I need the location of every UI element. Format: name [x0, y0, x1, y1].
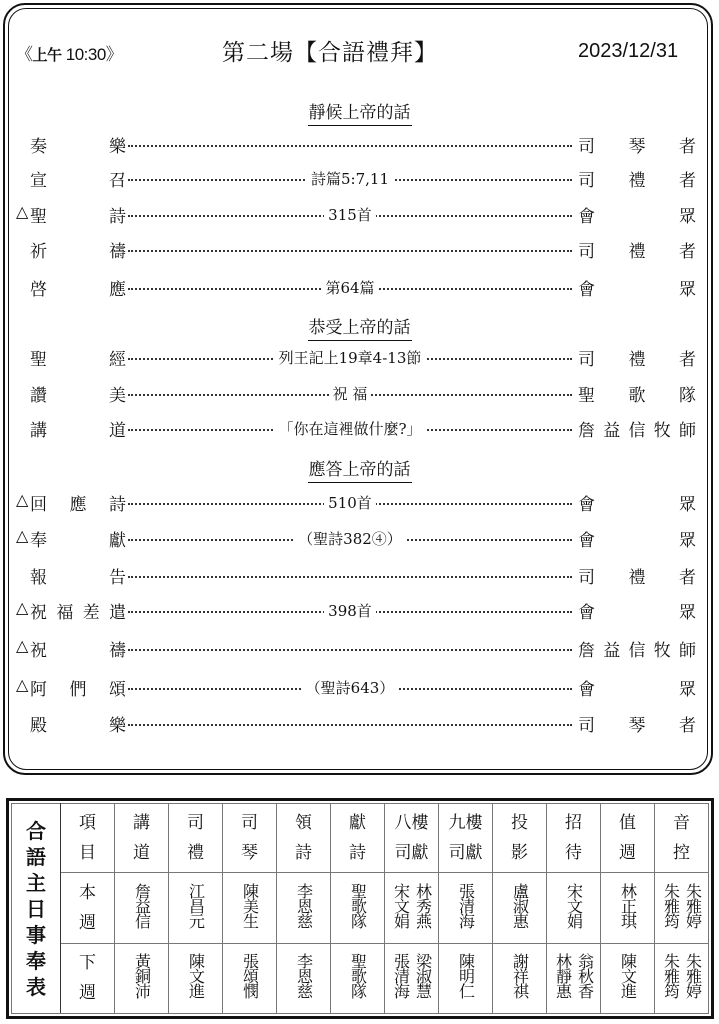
- program-item-role: 會眾: [578, 490, 696, 515]
- duty-assignee-cell: 陳美生: [223, 873, 277, 943]
- program-item-detail: 315首: [324, 204, 376, 225]
- dot-leader: [128, 711, 572, 733]
- dot-leader: （聖詩643）: [128, 675, 572, 697]
- column-header: 投影: [493, 804, 547, 873]
- assignee-name: 翁秋香: [576, 953, 594, 998]
- assignee-name: 張清海: [457, 883, 475, 928]
- assignee-name: 李恩慈: [295, 883, 313, 928]
- program-item-name: 殿樂: [30, 711, 126, 736]
- section-heading: 靜候上帝的話: [0, 98, 719, 123]
- duty-assignee-cell: 李恩慈: [277, 873, 331, 943]
- program-item-detail: 「你在這裡做什麼?」: [274, 418, 425, 439]
- duty-assignee-cell: 李恩慈: [277, 943, 331, 1013]
- duty-assignee-cell: 謝祥祺: [493, 943, 547, 1013]
- column-header: 獻詩: [331, 804, 385, 873]
- program-item-detail: 第64篇: [321, 277, 378, 298]
- program-item-role: 會眾: [578, 675, 696, 700]
- program-item-role: 會眾: [578, 275, 696, 300]
- program-row: 報告司禮者: [0, 563, 719, 589]
- program-item-role: 司禮者: [578, 166, 696, 191]
- duty-assignee-cell: 宋文娟: [547, 873, 601, 943]
- program-item-name: 祈禱: [30, 237, 126, 262]
- assignee-name: 宋文娟: [392, 883, 410, 928]
- program-item-detail: 398首: [324, 600, 376, 621]
- column-header: 講道: [115, 804, 169, 873]
- program-row: △聖詩315首會眾: [0, 202, 719, 228]
- assignee-name: 宋文娟: [565, 883, 583, 928]
- duty-assignee-cell: 林正琪: [601, 873, 655, 943]
- program-item-name: 聖詩: [30, 202, 126, 227]
- assignee-name: 謝祥祺: [511, 953, 529, 998]
- program-row: △回應詩510首會眾: [0, 490, 719, 516]
- column-header: 九樓司獻: [439, 804, 493, 873]
- assignee-name: 聖歌隊: [349, 953, 367, 998]
- program-item-role: 聖歌隊: [578, 381, 696, 406]
- duty-assignee-cell: 盧淑惠: [493, 873, 547, 943]
- program-item-role: 司禮者: [578, 237, 696, 262]
- program-row: 講道「你在這裡做什麼?」詹益信牧師: [0, 416, 719, 442]
- program-item-detail: （聖詩382④）: [294, 528, 406, 549]
- assignee-name: 張頌憫: [241, 953, 259, 998]
- assignee-name: 聖歌隊: [349, 883, 367, 928]
- program-item-name: 啓應: [30, 275, 126, 300]
- service-time: 《上午 10:30》: [16, 40, 122, 65]
- column-header: 音控: [655, 804, 709, 873]
- duty-assignee-cell: 梁淑慧張清海: [385, 943, 439, 1013]
- program-item-role: 詹益信牧師: [578, 636, 696, 661]
- section-heading: 恭受上帝的話: [0, 313, 719, 338]
- assignee-name: 陳文進: [619, 953, 637, 998]
- program-row: 宣召詩篇5:7,11司禮者: [0, 166, 719, 192]
- dot-leader: 510首: [128, 490, 572, 512]
- duty-assignee-cell: 張頌憫: [223, 943, 277, 1013]
- duty-assignee-cell: 張清海: [439, 873, 493, 943]
- column-header: 招待: [547, 804, 601, 873]
- program-item-detail: 510首: [324, 492, 376, 513]
- program-item-name: 祝禱: [30, 636, 126, 661]
- program-item-role: 會眾: [578, 598, 696, 623]
- column-header: 八樓司獻: [385, 804, 439, 873]
- program-item-detail: （聖詩643）: [302, 677, 399, 698]
- assignee-name: 李恩慈: [295, 953, 313, 998]
- program-item-role: 司琴者: [578, 132, 696, 157]
- assignee-name: 盧淑惠: [511, 883, 529, 928]
- program-item-name: 報告: [30, 563, 126, 588]
- program-item-name: 宣召: [30, 166, 126, 191]
- assignee-name: 梁淑慧: [414, 953, 432, 998]
- dot-leader: 第64篇: [128, 275, 572, 297]
- assignee-name: 朱雅筠: [662, 953, 680, 998]
- assignee-name: 陳明仁: [457, 953, 475, 998]
- row-label-item: 項目: [61, 804, 115, 873]
- duty-table-title: 合語主日事奉表: [12, 804, 61, 1014]
- assignee-name: 江昌元: [187, 883, 205, 928]
- duty-assignee-cell: 黃銅沛: [115, 943, 169, 1013]
- duty-assignee-cell: 朱雅婷朱雅筠: [655, 943, 709, 1013]
- dot-leader: 列王記上19章4-13節: [128, 345, 572, 367]
- program-item-role: 詹益信牧師: [578, 416, 696, 441]
- program-row: △奉獻（聖詩382④）會眾: [0, 526, 719, 552]
- dot-leader: [128, 237, 572, 259]
- program-row: 祈禱司禮者: [0, 237, 719, 263]
- column-header: 司禮: [169, 804, 223, 873]
- assignee-name: 朱雅婷: [684, 883, 702, 928]
- program-item-role: 司禮者: [578, 345, 696, 370]
- program-row: 啓應第64篇會眾: [0, 275, 719, 301]
- duty-assignee-cell: 聖歌隊: [331, 873, 385, 943]
- program-item-name: 奏樂: [30, 132, 126, 157]
- dot-leader: 「你在這裡做什麼?」: [128, 416, 572, 438]
- duty-assignee-cell: 江昌元: [169, 873, 223, 943]
- dot-leader: 315首: [128, 202, 572, 224]
- dot-leader: （聖詩382④）: [128, 526, 572, 548]
- dot-leader: [128, 563, 572, 585]
- duty-assignee-cell: 林秀燕宋文娟: [385, 873, 439, 943]
- duty-assignee-cell: 翁秋香林靜惠: [547, 943, 601, 1013]
- assignee-name: 張清海: [392, 953, 410, 998]
- program-item-name: 奉獻: [30, 526, 126, 551]
- dot-leader: 祝 福: [128, 381, 572, 403]
- assignee-name: 林靜惠: [554, 953, 572, 998]
- program-item-name: 阿們頌: [30, 675, 126, 700]
- assignee-name: 林秀燕: [414, 883, 432, 928]
- program-item-detail: 詩篇5:7,11: [307, 168, 393, 189]
- program-item-name: 讚美: [30, 381, 126, 406]
- duty-assignee-cell: 詹益信: [115, 873, 169, 943]
- program-row: △祝福差遣398首會眾: [0, 598, 719, 624]
- duty-assignee-cell: 陳明仁: [439, 943, 493, 1013]
- program-row: △阿們頌（聖詩643）會眾: [0, 675, 719, 701]
- dot-leader: 398首: [128, 598, 572, 620]
- assignee-name: 陳美生: [241, 883, 259, 928]
- column-header: 值週: [601, 804, 655, 873]
- row-label-next-week: 下週: [61, 943, 115, 1013]
- duty-roster-table: 合語主日事奉表項目講道司禮司琴領詩獻詩八樓司獻九樓司獻投影招待值週音控本週詹益信…: [6, 798, 714, 1019]
- duty-assignee-cell: 朱雅婷朱雅筠: [655, 873, 709, 943]
- column-header: 領詩: [277, 804, 331, 873]
- duty-assignee-cell: 陳文進: [601, 943, 655, 1013]
- assignee-name: 詹益信: [133, 883, 151, 928]
- program-item-detail: 列王記上19章4-13節: [275, 347, 426, 368]
- program-row: 讚美祝 福聖歌隊: [0, 381, 719, 407]
- program-item-role: 司禮者: [578, 563, 696, 588]
- assignee-name: 朱雅婷: [684, 953, 702, 998]
- program-item-detail: 祝 福: [329, 383, 372, 404]
- assignee-name: 陳文進: [187, 953, 205, 998]
- dot-leader: 詩篇5:7,11: [128, 166, 572, 188]
- assignee-name: 林正琪: [619, 883, 637, 928]
- program-row: 殿樂司琴者: [0, 711, 719, 737]
- program-item-name: 祝福差遣: [30, 598, 126, 623]
- dot-leader: [128, 636, 572, 658]
- program-item-name: 講道: [30, 416, 126, 441]
- row-label-this-week: 本週: [61, 873, 115, 943]
- program-item-role: 會眾: [578, 202, 696, 227]
- section-heading: 應答上帝的話: [0, 455, 719, 480]
- column-header: 司琴: [223, 804, 277, 873]
- duty-assignee-cell: 陳文進: [169, 943, 223, 1013]
- program-row: △祝禱詹益信牧師: [0, 636, 719, 662]
- page-title: 第二場【合語禮拜】: [222, 34, 438, 67]
- service-date: 2023/12/31: [578, 40, 678, 63]
- program-row: 奏樂司琴者: [0, 132, 719, 158]
- dot-leader: [128, 132, 572, 154]
- assignee-name: 朱雅筠: [662, 883, 680, 928]
- program-item-name: 回應詩: [30, 490, 126, 515]
- program-item-name: 聖經: [30, 345, 126, 370]
- program-item-role: 司琴者: [578, 711, 696, 736]
- assignee-name: 黃銅沛: [133, 953, 151, 998]
- program-item-role: 會眾: [578, 526, 696, 551]
- program-row: 聖經列王記上19章4-13節司禮者: [0, 345, 719, 371]
- duty-assignee-cell: 聖歌隊: [331, 943, 385, 1013]
